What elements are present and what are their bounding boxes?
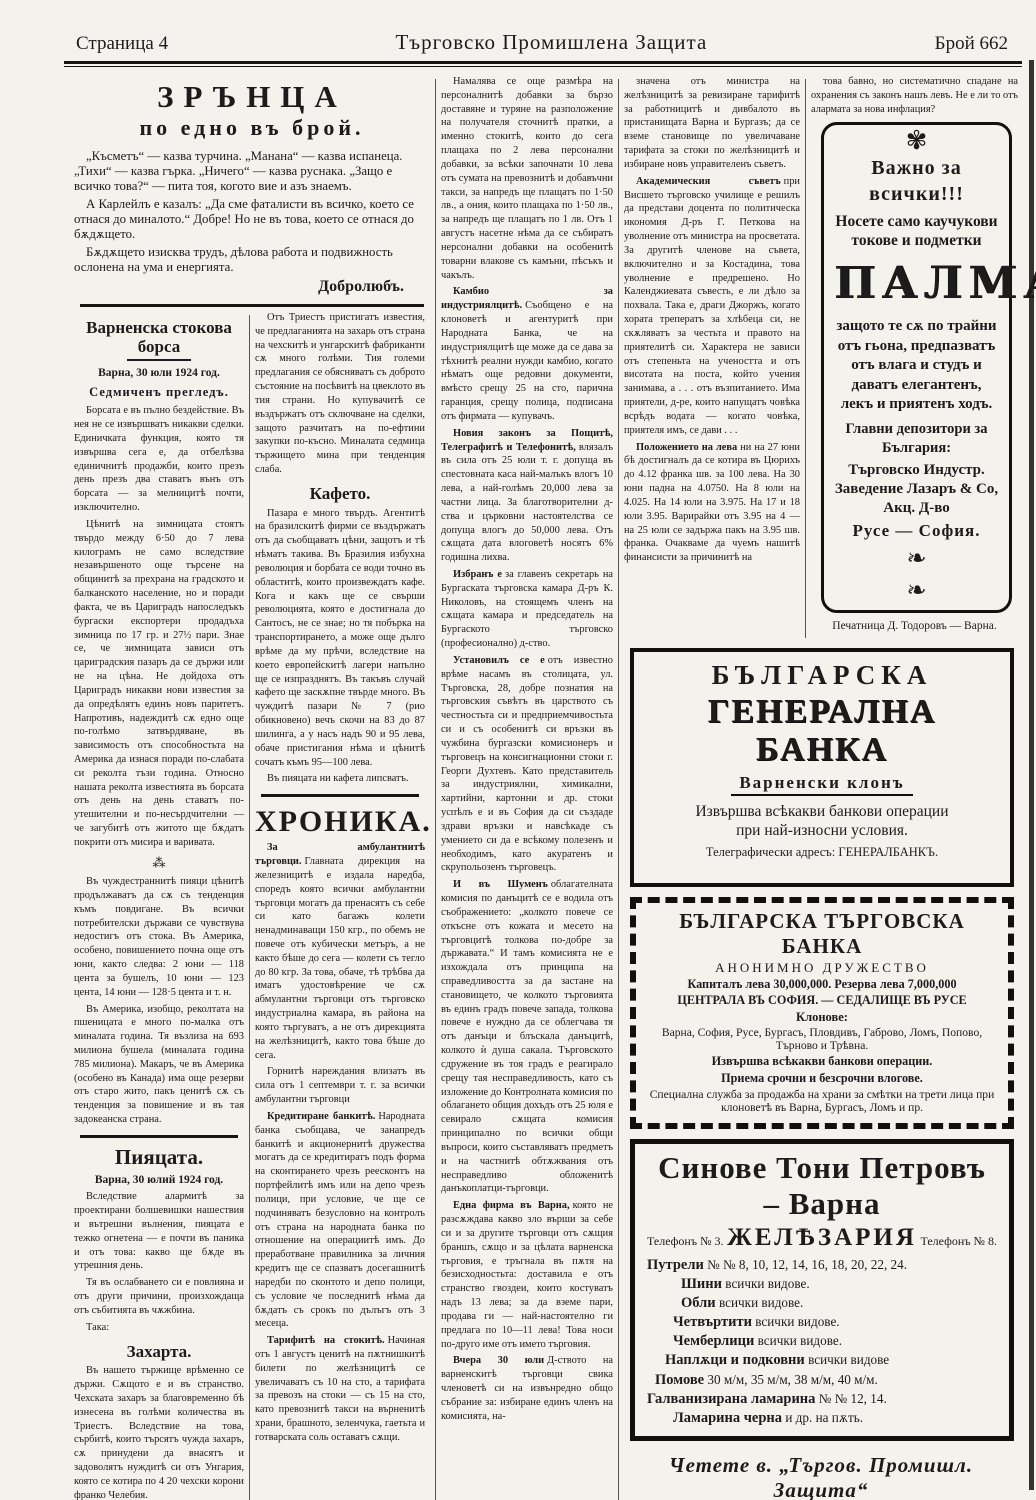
iron-title: Синове Тони Петровъ – Варна [647, 1150, 997, 1222]
genbank-body: Извършва всѣкакви банкови операции [644, 803, 1000, 821]
iron-item: Обли всички видове. [647, 1294, 997, 1312]
chronicle-item: Академическия съветъпри Висшето търговск… [624, 175, 800, 438]
chronicle-item: значена отъ министра на желѣзницитѣ за р… [624, 75, 800, 172]
zrnca-subtitle: по едно въ брой. [74, 115, 430, 141]
iron-item-name: Чемберлици [673, 1333, 754, 1349]
column-4: значена отъ министра на желѣзницитѣ за р… [624, 75, 800, 568]
genbank-line2: ГЕНЕРАЛНА БАНКА [644, 693, 1000, 769]
chronicle-item-lead: И въ Шуменъ [453, 879, 548, 890]
iron-phone-right: Телефонъ № 8. [920, 1234, 997, 1249]
tbank-central: ЦЕНТРАЛА ВЪ СОФИЯ. — СЕДАЛИЩЕ ВЪ РУСЕ [646, 993, 998, 1008]
chronicle-item-lead: Кредитиране банкитѣ. [267, 1111, 375, 1122]
iron-item-detail: № № 8, 10, 12, 14, 16, 18, 20, 22, 24. [707, 1257, 907, 1272]
article-title-zahar: Захарта. [74, 1343, 244, 1362]
chronicle-item-text: ни на 27 юни бѣ достигналъ да се котира … [624, 442, 800, 564]
chronicle-item-text: при Висшето търговско училище е решилъ д… [624, 176, 800, 436]
tbank-deposits: Приема срочни и безсрочни влогове. [646, 1071, 998, 1086]
chronicle-item-lead: Установилъ се е [453, 655, 545, 666]
chronicle-item: Намалява се още размѣра на персоналнитѣ … [441, 75, 613, 282]
tbank-operations: Извършва всѣкакви банкови операции. [646, 1054, 998, 1069]
section-divider-rule [80, 1135, 238, 1138]
chronicle-item: Избранъ еза главенъ секретарь на Бургаск… [441, 568, 613, 651]
ad-zhelezaria: Синове Тони Петровъ – Варна Телефонъ № 3… [630, 1139, 1014, 1441]
iron-item: Ламарина черна и др. на пѫть. [647, 1409, 997, 1427]
chronicle-item-lead: Вчера 30 юли [453, 1355, 544, 1366]
chronicle-item-text: която не разсѫждава какво зло върши за с… [441, 1200, 613, 1349]
piaca-dateline: Варна, 30 юлий 1924 год. [74, 1173, 244, 1188]
lev-continuation-paragraph: това бавно, но систематично спадане на о… [811, 75, 1018, 116]
palma-body: защото те сѫ по трайни отъ гьона, предпа… [834, 317, 999, 415]
borsa-dateline: Варна, 30 юли 1924 год. [74, 366, 244, 381]
chronicle-item: Една фирма въ Варна,която не разсѫждава … [441, 1199, 613, 1351]
iron-item-name: Обли [681, 1295, 716, 1311]
borsa-paragraph: Въ чуждестраннитѣ пияци цѣнитѣ продължав… [74, 875, 244, 999]
chronicle-item: Установилъ се еотъ известно врѣме насамъ… [441, 654, 613, 875]
iron-item: Четвъртити всички видове. [647, 1313, 997, 1331]
chronicle-item-text: отъ известно врѣме насамъ въ столицата, … [441, 655, 613, 873]
tbank-capital: Капиталъ лева 30,000,000. Резерва лева 7… [646, 977, 998, 992]
iron-item-detail: всички видове. [719, 1295, 803, 1310]
chronicle-item: Кредитиране банкитѣ.Народната банка съоб… [255, 1110, 425, 1331]
column-2: Отъ Триестъ пристигатъ известия, че пред… [255, 311, 425, 1448]
chronicle-item: За амбулантнитѣ търговци.Главната дирекц… [255, 841, 425, 1062]
chronicle-item-text: Начиная отъ 1 августъ ценитѣ на пѫтнишки… [255, 1335, 425, 1443]
palma-cities: Русе — София. [834, 520, 999, 543]
borsa-paragraph: Цѣнитѣ на зимницата стоятъ твърдо между … [74, 518, 244, 850]
chronicle-item-lead: Избранъ е [453, 569, 502, 580]
triest-paragraph: Отъ Триестъ пристигатъ известия, че пред… [255, 311, 425, 477]
zrnca-title: ЗРЪНЦА [74, 79, 430, 115]
iron-item-detail: всички видове. [755, 1314, 839, 1329]
column-1: Варненска стокова борса Варна, 30 юли 19… [74, 311, 244, 1500]
iron-item: Путрели № № 8, 10, 12, 14, 16, 18, 20, 2… [647, 1256, 997, 1274]
chronicle-item: Горнитѣ нареждания влизатъ въ сила отъ 1… [255, 1065, 425, 1106]
iron-item-detail: 30 м/м, 35 м/м, 38 м/м, 40 м/м. [707, 1372, 877, 1387]
genbank-body: при най-износни условия. [644, 822, 1000, 840]
left-column-pair: ЗРЪНЦА по едно въ брой. „Късметъ“ — казв… [74, 75, 430, 1500]
chronicle-item: Положението на левани на 27 юни бѣ дости… [624, 441, 800, 565]
chronicle-item-lead: Академическия съветъ [636, 176, 781, 187]
iron-item-name: Четвъртити [673, 1314, 752, 1330]
chronicle-item-text: Народната банка съобщава, че занапредъ б… [255, 1111, 425, 1329]
column-divider [249, 315, 250, 1500]
tbank-title: БЪЛГАРСКА ТЪРГОВСКА БАНКА [646, 909, 998, 959]
palma-line: Носете само каучукови токове и подметки [834, 212, 999, 251]
iron-phone-left: Телефонъ № 3. [647, 1234, 724, 1249]
piaca-paragraph: Вследствие алармитѣ за проектирани болше… [74, 1190, 244, 1273]
iron-item-detail: и др. на пѫть. [785, 1410, 863, 1425]
chronicle-item: Новия законъ за Пощитѣ, Телеграфитѣ и Те… [441, 427, 613, 565]
chronicle-item-text: Главната дирекция на железницитѣ е издал… [255, 856, 425, 1061]
kafe-paragraph: Въ пияцата ни кафета липсватъ. [255, 772, 425, 786]
tbank-branches: Варна, София, Русе, Бургасъ, Пловдивъ, Г… [646, 1026, 998, 1052]
section-divider-rule [261, 794, 419, 797]
tbank-subtitle: АНОНИМНО ДРУЖЕСТВО [646, 960, 998, 976]
iron-item: Чемберлици всички видове. [647, 1332, 997, 1350]
chronicle-item-lead: Положението на лева [636, 442, 737, 453]
iron-item-detail: всички видове. [758, 1333, 842, 1348]
chronicle-item: Тарифитѣ на стокитѣ.Начиная отъ 1 август… [255, 1334, 425, 1445]
ornament-fan-icon: ✾ [834, 129, 999, 152]
article-title-piaca: Пияцата. [74, 1146, 244, 1169]
iron-item: Помове 30 м/м, 35 м/м, 38 м/м, 40 м/м. [647, 1371, 997, 1389]
ornament-flourish-icon: ❧ ❧ [834, 544, 999, 608]
chronicle-item-text: влязалъ въ сила отъ 25 юли т. г. допуща … [441, 442, 613, 564]
palma-depositors-label: Главни депозитори за България: [834, 420, 999, 459]
iron-item-name: Галванизирана ламарина [647, 1391, 815, 1407]
zrnca-paragraph: Бѫдѫщето изисква трудъ, дѣлова работа и … [74, 245, 430, 275]
tbank-branches-label: Клонове: [646, 1010, 998, 1025]
iron-item-name: Помове [655, 1372, 704, 1388]
chronicle-item: Вчера 30 юлиД-ството на варненскитѣ търг… [441, 1354, 613, 1423]
kafe-paragraph: Пазара е много твърдъ. Агентитѣ на брази… [255, 507, 425, 770]
printer-credit: Печатница Д. Тодоровъ — Варна. [811, 619, 1018, 634]
chronicle-item-lead: Една фирма въ Варна, [453, 1200, 570, 1211]
iron-item: Галванизирана ламарина № № 12, 14. [647, 1390, 997, 1408]
chronicle-item-lead: Тарифитѣ на стокитѣ. [267, 1335, 385, 1346]
chronicle-item: И въ Шуменъоблагателната комисия по данъ… [441, 878, 613, 1196]
borsa-paragraph: Въ Америка, изобщо, реколтата на пшеница… [74, 1003, 244, 1127]
newspaper-page: Страница 4 Търговско Промишлена Защита Б… [0, 0, 1036, 1500]
iron-heading: ЖЕЛѢЗАРИЯ [727, 1224, 917, 1252]
iron-item-name: Шини [681, 1276, 722, 1292]
chronicle-item-text: значена отъ министра на желѣзницитѣ за р… [624, 76, 800, 170]
newspaper-title: Търговско Промишлена Защита [395, 30, 707, 55]
borsa-paragraph: Борсата е въ пълно бездействие. Въ нея н… [74, 404, 244, 515]
column-divider [618, 79, 619, 1500]
piaca-paragraph: Тя въ ослабването си е повлияна и отъ др… [74, 1276, 244, 1317]
section-zrnca: ЗРЪНЦА по едно въ брой. „Късметъ“ — казв… [74, 79, 430, 307]
palma-brand: ПАЛМА [834, 255, 999, 314]
tbank-special-service: Специална служба за продажба на храни за… [646, 1088, 998, 1114]
iron-item-name: Путрели [647, 1257, 704, 1273]
issue-number-label: Брой 662 [935, 33, 1008, 55]
column-divider [435, 79, 436, 1500]
zahar-paragraph: Въ нашето тържище врѣменно се държи. Сѫщ… [74, 1364, 244, 1500]
genbank-line1: БЪЛГАРСКА [644, 660, 1000, 691]
iron-item-name: Ламарина черна [673, 1410, 782, 1426]
chronicle-item-text: облагателната комисия по данъцитѣ се е в… [441, 879, 613, 1194]
article-title-kafe: Кафето. [255, 485, 425, 504]
section-divider-rule [80, 304, 424, 307]
genbank-telegraph-address: Телеграфически адресъ: ГЕНЕРАЛБАНКЪ. [644, 845, 1000, 860]
ad-generalna-banka: БЪЛГАРСКА ГЕНЕРАЛНА БАНКА Варненски клон… [630, 648, 1014, 887]
iron-item: Наплѫци и подковни всички видове [647, 1351, 997, 1369]
iron-item-detail: всички видове. [725, 1276, 809, 1291]
chronicle-item: Камбио за индустриялцитѣ.Съобщено е на к… [441, 285, 613, 423]
asterism-ornament: ⁂ [74, 854, 244, 871]
ad-targovska-banka: БЪЛГАРСКА ТЪРГОВСКА БАНКА АНОНИМНО ДРУЖЕ… [630, 897, 1014, 1129]
masthead: Страница 4 Търговско Промишлена Защита Б… [0, 0, 1036, 61]
palma-depositor-name: Търговско Индустр. Заведение Лазаръ & Со… [834, 461, 999, 517]
right-region: значена отъ министра на желѣзницитѣ за р… [624, 75, 1018, 1500]
iron-item-name: Наплѫци и подковни [665, 1352, 805, 1368]
page-columns: ЗРЪНЦА по едно въ брой. „Късметъ“ — казв… [0, 67, 1036, 1500]
chronicle-item-text: за главенъ секретарь на Бургаската търго… [441, 569, 613, 649]
zrnca-signature: Добролюбъ. [74, 278, 430, 296]
column-5: това бавно, но систематично спадане на о… [811, 75, 1018, 638]
genbank-branch: Варненски клонъ [731, 773, 912, 796]
borsa-subhead: Седмиченъ прегледъ. [74, 384, 244, 401]
iron-item-detail: всички видове [808, 1352, 889, 1367]
chronicle-item-text: Горнитѣ нареждания влизатъ въ сила отъ 1… [255, 1066, 425, 1105]
piaca-paragraph: Така: [74, 1321, 244, 1335]
iron-item: Шини всички видове. [647, 1275, 997, 1293]
palma-heading: Важно за всички!!! [834, 155, 999, 208]
column-divider [805, 79, 806, 638]
column-3: Намалява се още размѣра на персоналнитѣ … [441, 75, 613, 1427]
title-rule [127, 359, 191, 361]
chronicle-item-text: Съобщено е на клоноветѣ и агентуритѣ при… [441, 300, 613, 422]
section-title-hronika: ХРОНИКА. [255, 805, 425, 838]
article-title-borsa: Варненска стокова борса [74, 319, 244, 356]
iron-item-detail: № № 12, 14. [819, 1391, 887, 1406]
read-newspaper-slogan: Четете в. „Търгов. Промишл. Защита“ [624, 1453, 1018, 1500]
zrnca-paragraph: „Късметъ“ — казва турчина. „Манана“ — ка… [74, 149, 430, 194]
ad-palma: ✾ Важно за всички!!! Носете само каучуко… [821, 122, 1012, 613]
page-number-label: Страница 4 [76, 33, 168, 55]
zrnca-paragraph: А Карлейлъ е казалъ: „Да сме фаталисти в… [74, 197, 430, 242]
chronicle-item-text: Намалява се още размѣра на персоналнитѣ … [441, 76, 613, 281]
